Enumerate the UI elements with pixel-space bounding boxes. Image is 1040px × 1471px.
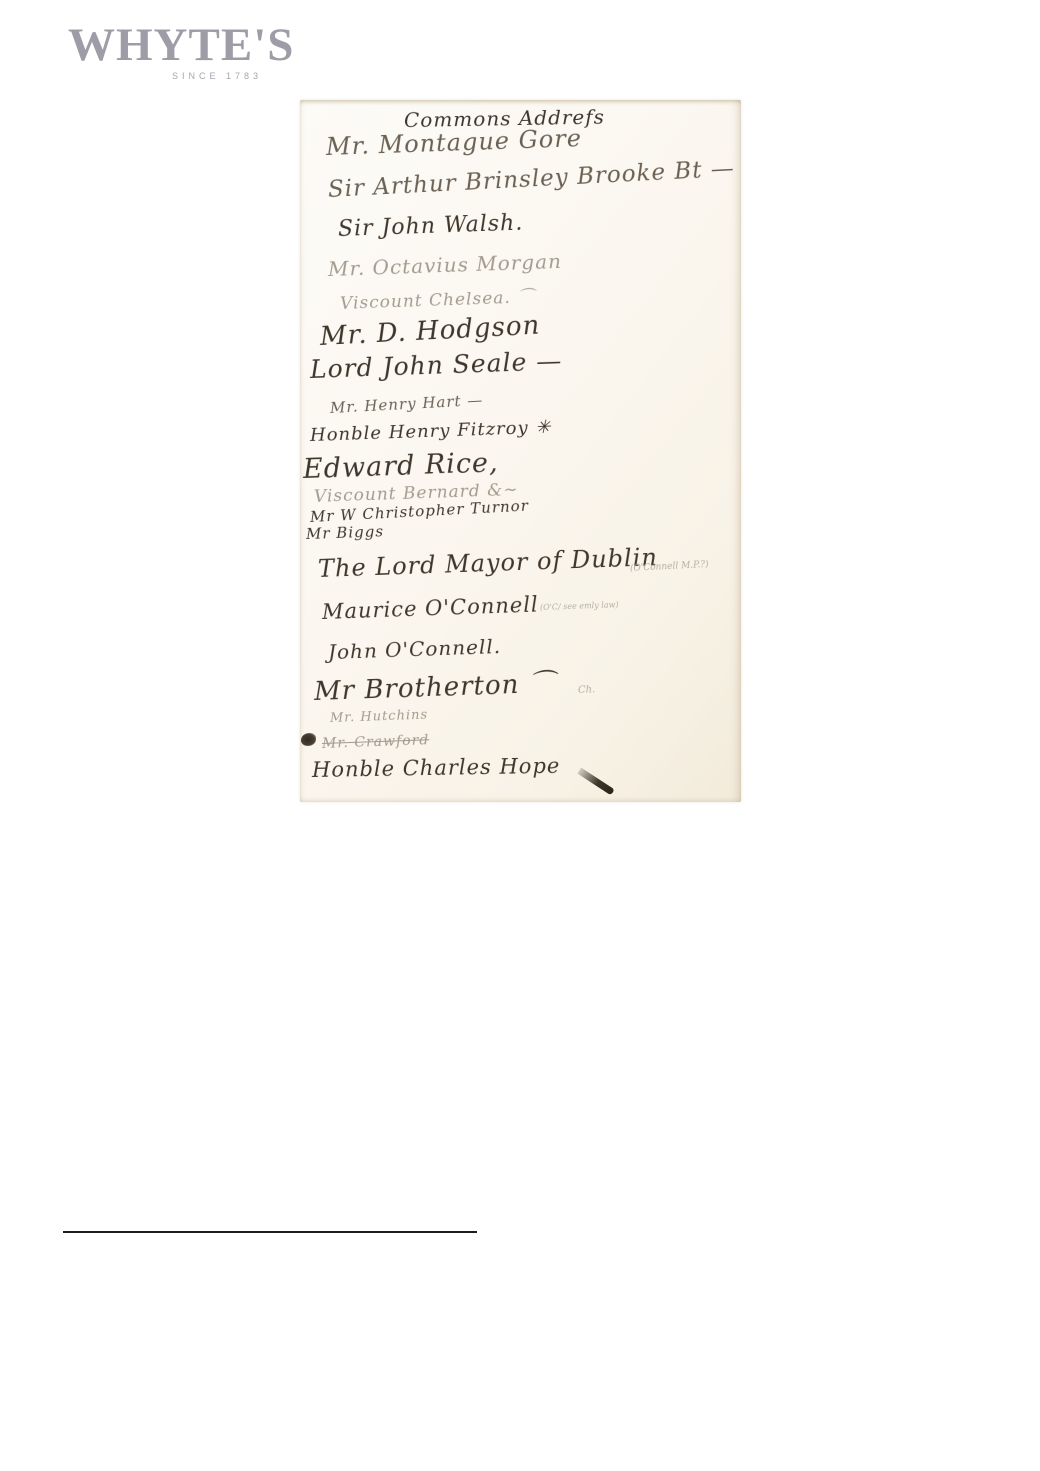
manuscript-line: Lord John Seale — [309, 346, 562, 384]
ink-blot [301, 733, 316, 746]
whytes-logo-text: WHYTE'S [68, 22, 264, 69]
manuscript-line: John O'Connell. [328, 634, 502, 664]
whytes-logo-tagline: SINCE 1783 [68, 71, 262, 81]
manuscript-line: Edward Rice, [302, 447, 499, 485]
pencil-annotation: Ch. [578, 684, 596, 696]
manuscript-scan: Commons Addrefs Mr. Montague Gore Sir Ar… [300, 100, 741, 802]
footnote-rule [63, 1231, 477, 1233]
manuscript-line: Mr. Hutchins [330, 708, 429, 726]
pencil-annotation: (O'C/ see emly law) [540, 600, 619, 612]
manuscript-line: Mr. Henry Hart — [330, 391, 484, 417]
manuscript-line: Mr. Crawford [322, 732, 430, 752]
manuscript-line: Mr Brotherton ⌒ [313, 663, 556, 708]
signature-flourish [577, 768, 614, 796]
manuscript-line: Sir John Walsh. [338, 211, 524, 242]
manuscript-line: Mr. Montague Gore [326, 124, 583, 161]
manuscript-line: Viscount Chelsea. ⌒ [340, 282, 536, 314]
manuscript-line: Honble Charles Hope [312, 754, 561, 782]
whytes-logo: WHYTE'S SINCE 1783 [68, 22, 264, 81]
manuscript-line: Honble Henry Fitzroy ✳ [310, 417, 552, 446]
manuscript-line: Mr. Octavius Morgan [328, 249, 563, 281]
manuscript-line: Mr. D. Hodgson [319, 310, 541, 352]
manuscript-line: Maurice O'Connell [322, 592, 539, 624]
manuscript-line: The Lord Mayor of Dublin [318, 543, 659, 583]
manuscript-line: Mr Biggs [306, 522, 385, 543]
manuscript-line: Sir Arthur Brinsley Brooke Bt — [327, 156, 735, 203]
